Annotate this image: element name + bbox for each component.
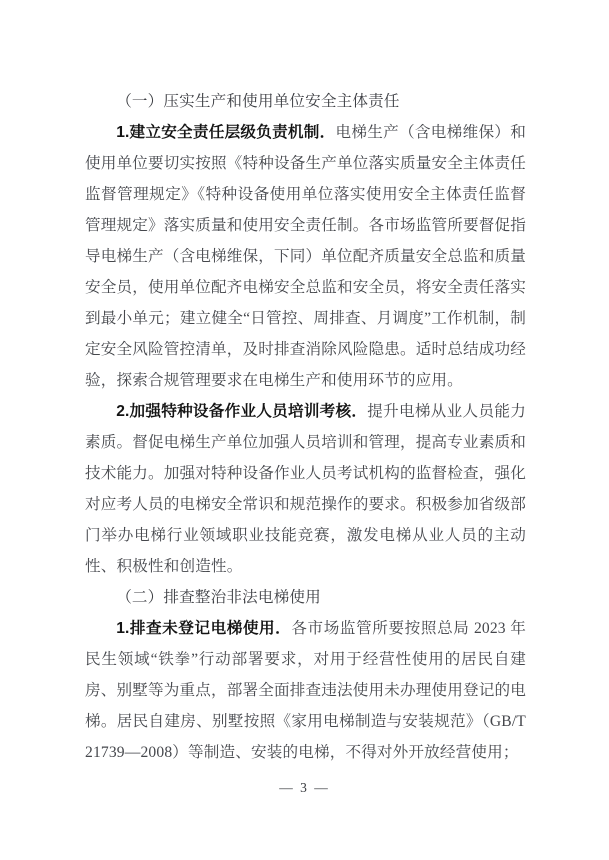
document-content: （一）压实生产和使用单位安全主体责任 1.建立安全责任层级负责机制．电梯生产（含… [85, 86, 526, 768]
paragraph-lead: 1.排查未登记电梯使用． [116, 620, 291, 637]
page-number: — 3 — [279, 780, 330, 795]
paragraph: 1.建立安全责任层级负责机制．电梯生产（含电梯维保）和使用单位要切实按照《特种设… [85, 117, 526, 396]
paragraph-text: 各市场监管所要按照总局 2023 年民生领域“铁拳”行动部署要求，对用于经营性使… [85, 620, 526, 761]
paragraph-lead: 2.加强特种设备作业人员培训考核． [116, 403, 367, 420]
section-heading-2: （二）排查整治非法电梯使用 [85, 582, 526, 613]
paragraph: 2.加强特种设备作业人员培训考核．提升电梯从业人员能力素质。督促电梯生产单位加强… [85, 396, 526, 582]
document-page: （一）压实生产和使用单位安全主体责任 1.建立安全责任层级负责机制．电梯生产（含… [0, 0, 609, 860]
paragraph-text: 提升电梯从业人员能力素质。督促电梯生产单位加强人员培训和管理，提高专业素质和技术… [85, 403, 526, 575]
paragraph: 1.排查未登记电梯使用．各市场监管所要按照总局 2023 年民生领域“铁拳”行动… [85, 613, 526, 768]
paragraph-lead: 1.建立安全责任层级负责机制． [116, 124, 335, 141]
section-heading-1: （一）压实生产和使用单位安全主体责任 [85, 86, 526, 117]
page-footer: — 3 — [0, 780, 609, 796]
paragraph-text: 电梯生产（含电梯维保）和使用单位要切实按照《特种设备生产单位落实质量安全主体责任… [85, 124, 526, 389]
